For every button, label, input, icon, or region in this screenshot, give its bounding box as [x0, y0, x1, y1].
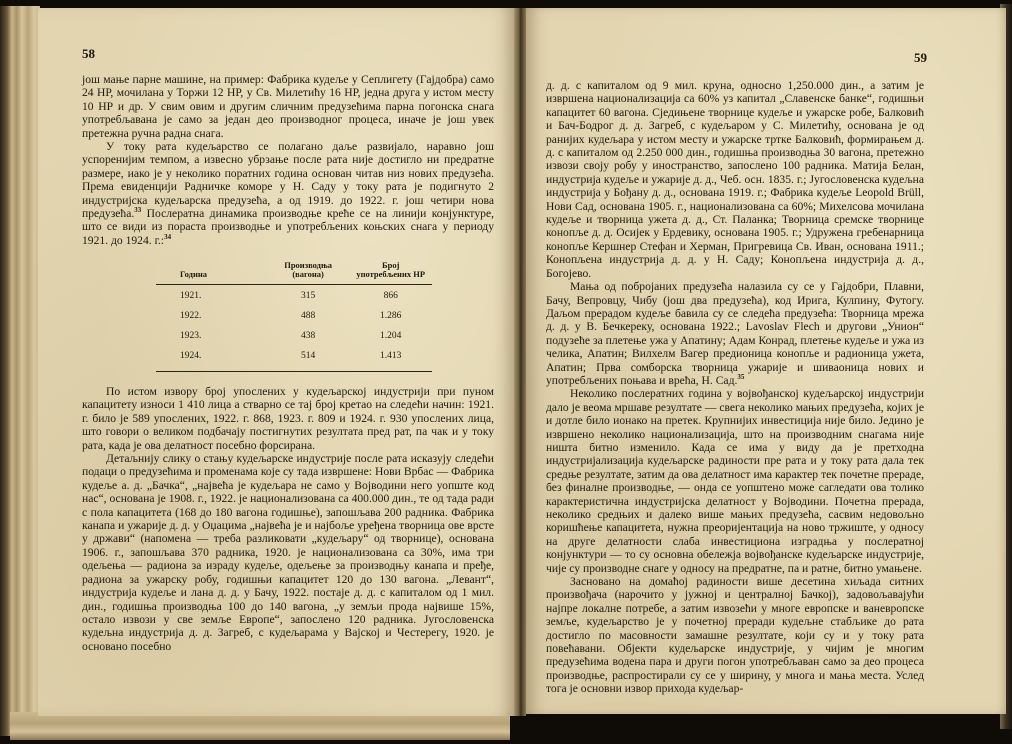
left-page-text-top: још мање парне машине, на пример: Фабрик… [82, 73, 494, 247]
book-gutter [514, 8, 526, 716]
cell-production: 488 [267, 305, 350, 325]
cell-production: 315 [267, 285, 350, 306]
table-row: 1921. 315 866 [156, 285, 432, 306]
column-header-production: Производња (вагона) [267, 261, 350, 285]
column-header-hp: Број употребљених НР [349, 261, 432, 285]
right-page: 59 д. д. с капиталом од 9 мил. круна, од… [526, 8, 1006, 714]
paragraph: У току рата кудељарство се полагано даље… [82, 140, 494, 247]
paragraph: још мање парне машине, на пример: Фабрик… [82, 73, 494, 140]
table-row: 1923. 438 1.204 [156, 325, 432, 345]
page-stack-left-edge [0, 6, 40, 736]
footnote-ref: 33 [134, 206, 141, 214]
paragraph: Засновано на домаћој радиности више десе… [546, 575, 924, 696]
paragraph: По истом извору број упослених у кудељар… [82, 385, 494, 452]
cell-hp: 866 [349, 285, 432, 306]
footnote-ref: 34 [164, 233, 171, 241]
left-page-number: 58 [82, 46, 95, 62]
cell-year: 1924. [156, 345, 267, 372]
right-page-number: 59 [914, 50, 927, 66]
cell-year: 1923. [156, 325, 267, 345]
footnote-ref: 35 [737, 373, 744, 381]
page-stack-bottom-edge [10, 712, 510, 740]
cell-year: 1921. [156, 285, 267, 306]
left-page-text-bottom: По истом извору број упослених у кудељар… [82, 385, 494, 653]
left-page: 58 још мање парне машине, на пример: Фаб… [38, 8, 514, 716]
production-table: Година Производња (вагона) Број употребљ… [156, 261, 432, 372]
cell-production: 438 [267, 325, 350, 345]
cell-hp: 1.413 [349, 345, 432, 372]
cell-production: 514 [267, 345, 350, 372]
paragraph: Детаљнију слику о стању кудељарске индус… [82, 452, 494, 653]
column-header-year: Година [156, 261, 267, 285]
paragraph: Неколико послератних година у војвођанск… [546, 387, 924, 575]
cell-year: 1922. [156, 305, 267, 325]
cell-hp: 1.204 [349, 325, 432, 345]
paragraph: Мања од побројаних предузећа налазила су… [546, 280, 924, 387]
table-row: 1924. 514 1.413 [156, 345, 432, 372]
table-header-row: Година Производња (вагона) Број употребљ… [156, 261, 432, 285]
right-page-text: д. д. с капиталом од 9 мил. круна, однос… [546, 79, 924, 696]
table-row: 1922. 488 1.286 [156, 305, 432, 325]
cell-hp: 1.286 [349, 305, 432, 325]
paragraph: д. д. с капиталом од 9 мил. круна, однос… [546, 79, 924, 280]
